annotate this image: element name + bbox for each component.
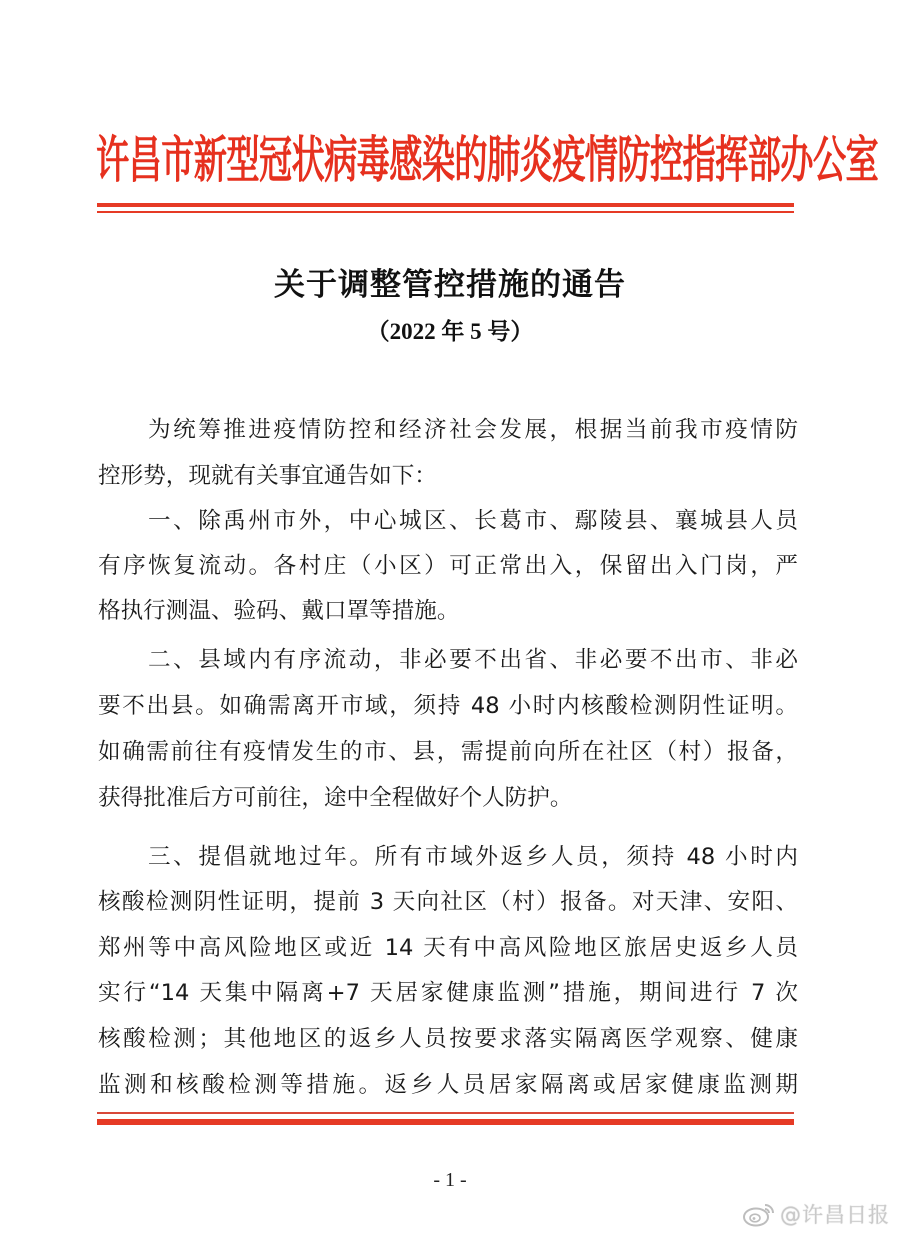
body-line: 郑州等中高风险地区或近 14 天有中高风险地区旅居史返乡人员 <box>98 931 798 965</box>
footer-thin-red-rule <box>97 1112 794 1114</box>
body-line: 获得批准后方可前往，途中全程做好个人防护。 <box>98 781 798 815</box>
weibo-watermark: @许昌日报 <box>742 1197 890 1231</box>
body-line: 有序恢复流动。各村庄（小区）可正常出入，保留出入门岗，严 <box>98 549 798 583</box>
body-line: 一、除禹州市外，中心城区、长葛市、鄢陵县、襄城县人员 <box>148 504 798 538</box>
body-line: 实行“14 天集中隔离+7 天居家健康监测”措施，期间进行 7 次 <box>98 976 798 1010</box>
header-thin-red-rule <box>97 211 794 213</box>
document-number: （2022 年 5 号） <box>0 314 900 350</box>
body-line: 三、提倡就地过年。所有市域外返乡人员，须持 48 小时内 <box>148 840 798 874</box>
body-line: 为统筹推进疫情防控和经济社会发展，根据当前我市疫情防 <box>148 413 798 447</box>
page-number: - 1 - <box>0 1167 900 1193</box>
document-title: 关于调整管控措施的通告 <box>0 263 900 307</box>
weibo-icon <box>742 1201 776 1227</box>
issuing-organization-header: 许昌市新型冠状病毒感染的肺炎疫情防控指挥部办公室 <box>96 128 796 192</box>
body-line: 格执行测温、验码、戴口罩等措施。 <box>98 594 798 628</box>
document-page: 许昌市新型冠状病毒感染的肺炎疫情防控指挥部办公室 关于调整管控措施的通告 （20… <box>0 0 900 1238</box>
header-thick-red-rule <box>97 203 794 207</box>
body-line: 核酸检测阴性证明，提前 3 天向社区（村）报备。对天津、安阳、 <box>98 885 798 919</box>
body-line: 如确需前往有疫情发生的市、县，需提前向所在社区（村）报备， <box>98 735 798 769</box>
footer-thick-red-rule <box>97 1119 794 1125</box>
watermark-text: @许昌日报 <box>780 1199 890 1229</box>
body-line: 控形势，现就有关事宜通告如下： <box>98 459 798 493</box>
body-line: 要不出县。如确需离开市域，须持 48 小时内核酸检测阴性证明。 <box>98 689 798 723</box>
body-line: 二、县域内有序流动，非必要不出省、非必要不出市、非必 <box>148 643 798 677</box>
body-line: 监测和核酸检测等措施。返乡人员居家隔离或居家健康监测期 <box>98 1068 798 1102</box>
body-line: 核酸检测；其他地区的返乡人员按要求落实隔离医学观察、健康 <box>98 1022 798 1056</box>
organization-name: 许昌市新型冠状病毒感染的肺炎疫情防控指挥部办公室 <box>96 128 562 192</box>
